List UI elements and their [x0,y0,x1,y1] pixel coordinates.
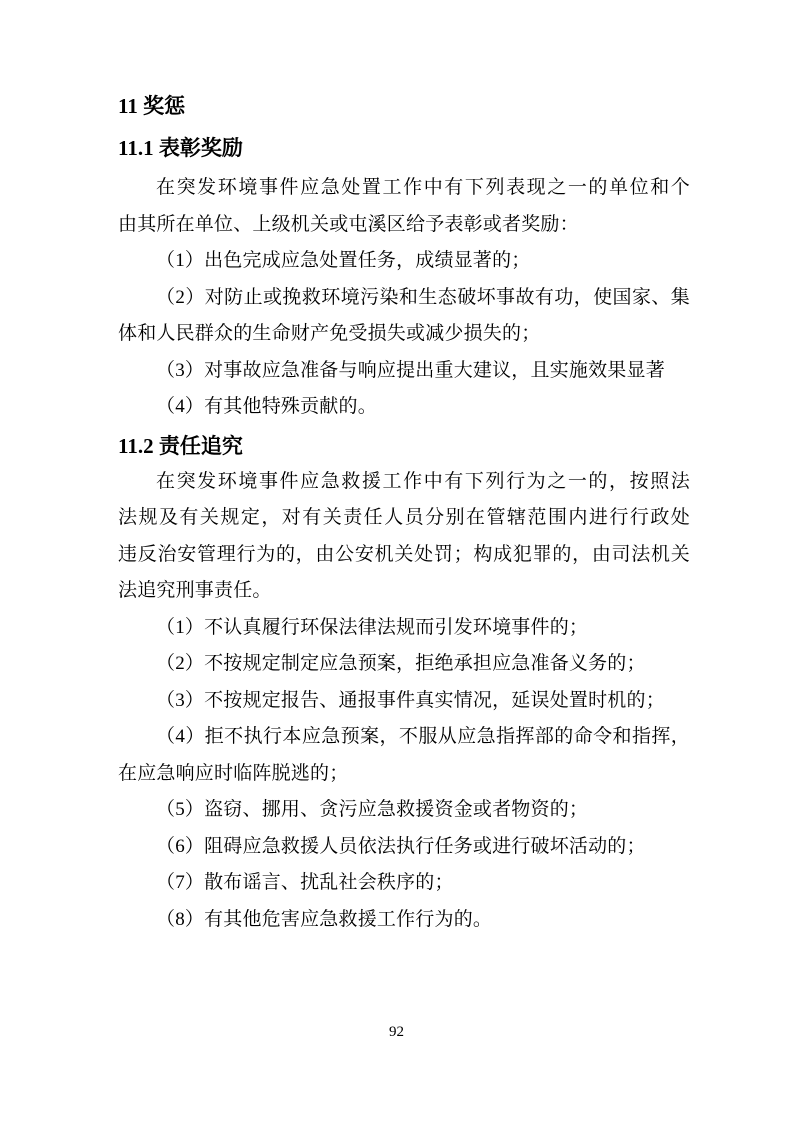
text-line: 由其所在单位、上级机关或屯溪区给予表彰或者奖励： [118,207,690,244]
list-item: （1）出色完成应急处置任务，成绩显著的； [118,243,690,280]
list-item: （4）拒不执行本应急预案，不服从应急指挥部的命令和指挥， [118,719,690,756]
list-item: （1）不认真履行环保法律法规而引发环境事件的； [118,610,690,647]
list-item: （8）有其他危害应急救援工作行为的。 [118,902,690,939]
document-page: 11 奖惩 11.1 表彰奖励 在突发环境事件应急处置工作中有下列表现之一的单位… [0,0,793,1122]
text-line: 在突发环境事件应急处置工作中有下列表现之一的单位和个人， [118,170,690,207]
section-heading-11-1: 11.1 表彰奖励 [118,134,690,162]
chapter-heading: 11 奖惩 [118,92,690,120]
page-number: 92 [0,1022,793,1042]
text-line: 违反治安管理行为的，由公安机关处罚；构成犯罪的，由司法机关依 [118,537,690,574]
list-item: （2）对防止或挽救环境污染和生态破坏事故有功，使国家、集 [118,280,690,317]
list-item: （6）阻碍应急救援人员依法执行任务或进行破坏活动的； [118,829,690,866]
text-line: 法规及有关规定，对有关责任人员分别在管辖范围内进行行政处分； [118,500,690,537]
section-heading-11-2: 11.2 责任追究 [118,432,690,460]
list-item: （7）散布谣言、扰乱社会秩序的； [118,865,690,902]
list-item: （4）有其他特殊贡献的。 [118,389,690,426]
list-item: （2）不按规定制定应急预案，拒绝承担应急准备义务的； [118,646,690,683]
list-item: （5）盗窃、挪用、贪污应急救援资金或者物资的； [118,792,690,829]
text-line: 体和人民群众的生命财产免受损失或减少损失的； [118,316,690,353]
text-line: 法追究刑事责任。 [118,573,690,610]
list-item: （3）对事故应急准备与响应提出重大建议，且实施效果显著的； [118,353,690,390]
text-line: 在突发环境事件应急救援工作中有下列行为之一的，按照法律、 [118,464,690,501]
text-line: 在应急响应时临阵脱逃的； [118,756,690,793]
list-item: （3）不按规定报告、通报事件真实情况，延误处置时机的； [118,683,690,720]
